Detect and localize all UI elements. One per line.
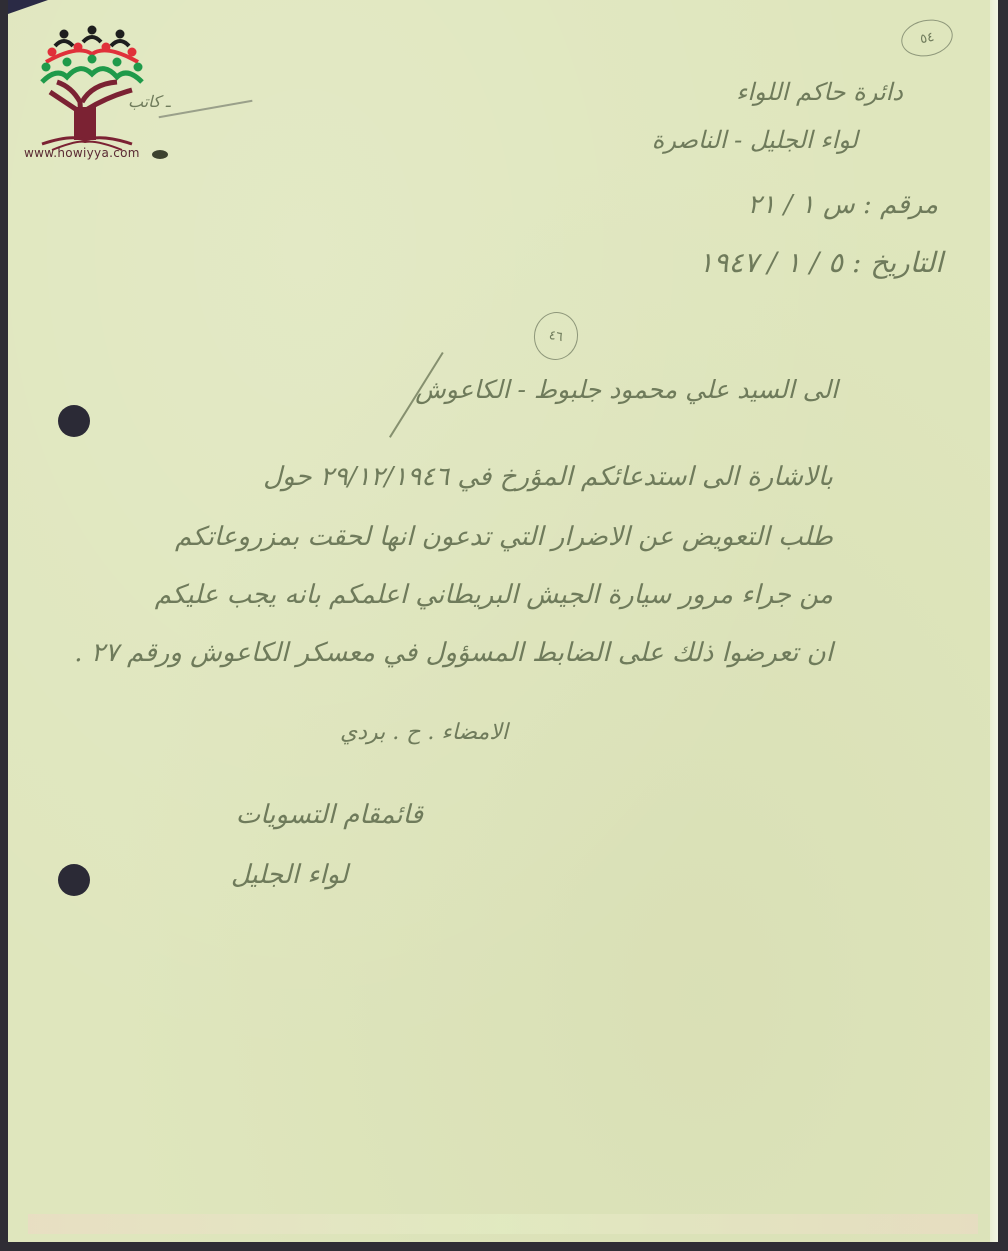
folio-reference: ٤٦ <box>548 327 564 344</box>
body-line-2: طلب التعويض عن الاضرار التي تدعون انها ل… <box>175 522 833 552</box>
ink-blot <box>152 150 168 159</box>
scan-artifact-stripe <box>28 1214 978 1234</box>
reference-number: مرقم : س ١ / ٢١ <box>748 190 939 220</box>
margin-note: ـ كاتب <box>128 92 170 111</box>
page-number-stamp: ٥٤ <box>898 15 956 61</box>
signatory-district: لواء الجليل <box>231 860 348 890</box>
body-line-4: ان تعرضوا ذلك على الضابط المسؤول في معسك… <box>74 638 833 668</box>
letter-date: التاريخ : ٥ / ١ / ١٩٤٧ <box>698 246 943 279</box>
folio-reference-stamp: ٤٦ <box>530 309 582 364</box>
paper-edge <box>990 0 998 1242</box>
body-line-1: بالاشارة الى استدعائكم المؤرخ في ٢٩/١٢/١… <box>263 462 833 492</box>
office-district: لواء الجليل - الناصرة <box>652 126 858 154</box>
office-name: دائرة حاكم اللواء <box>736 78 903 106</box>
signatory-title: قائمقام التسويات <box>236 800 423 830</box>
punch-hole-top <box>58 405 90 437</box>
pencil-stroke <box>159 100 253 118</box>
addressee: الى السيد علي محمود جلبوط - الكاعوش <box>415 375 838 404</box>
page-number: ٥٤ <box>919 29 936 47</box>
signature-line: الامضاء . ح . بردي <box>340 720 508 745</box>
watermark-url: www.howiyya.com <box>24 146 140 160</box>
scanned-letter-page: www.howiyya.com ـ كاتب ٥٤ دائرة حاكم الل… <box>8 0 998 1242</box>
body-line-3: من جراء مرور سيارة الجيش البريطاني اعلمك… <box>155 580 833 610</box>
folded-corner <box>8 0 48 14</box>
punch-hole-bottom <box>58 864 90 896</box>
